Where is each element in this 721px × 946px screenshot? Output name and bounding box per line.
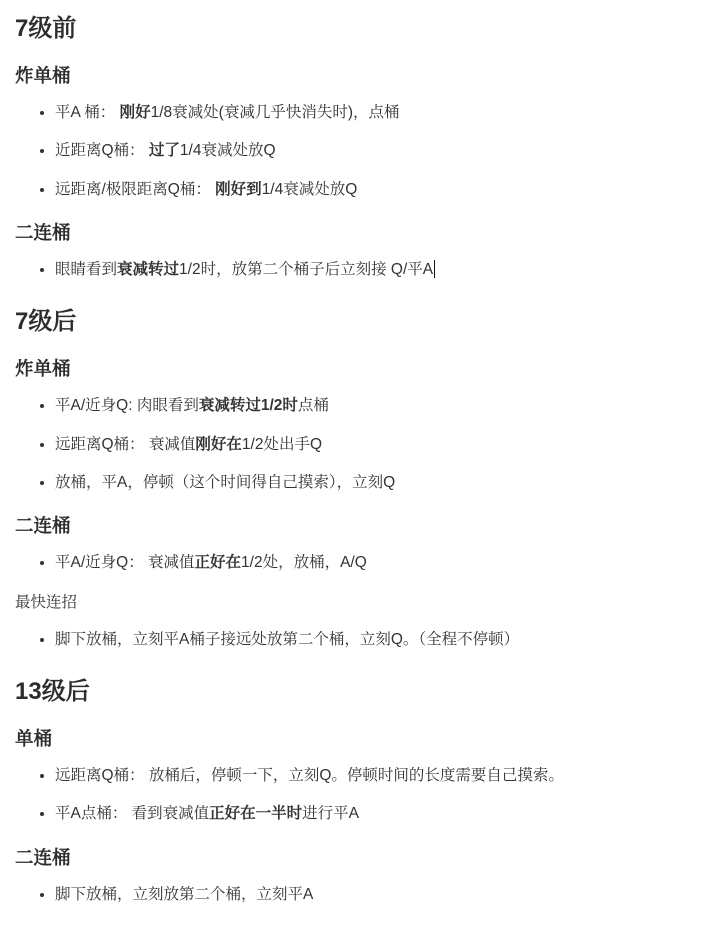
text-run: 1/2处，放桶，A/Q (241, 554, 367, 571)
section-heading: 7级后 (15, 307, 703, 337)
text-cursor (434, 260, 435, 278)
text-run: 远距离/极限距离Q桶： (55, 181, 215, 198)
list-item: 眼睛看到衰减转过1/2时，放第二个桶子后立刻接 Q/平A (55, 258, 703, 281)
bullet-list: 眼睛看到衰减转过1/2时，放第二个桶子后立刻接 Q/平A (15, 258, 703, 281)
list-item: 近距离Q桶： 过了1/4衰减处放Q (55, 139, 703, 162)
text-run: 近距离Q桶： (55, 142, 149, 159)
text-run: 眼睛看到 (55, 261, 117, 278)
subsection-heading: 炸单桶 (15, 64, 703, 87)
text-run: 1/2时，放第二个桶子后立刻接 Q/平A (179, 261, 433, 278)
list-item: 远距离/极限距离Q桶： 刚好到1/4衰减处放Q (55, 178, 703, 201)
list-item: 平A/近身Q: 肉眼看到衰减转过1/2时点桶 (55, 394, 703, 417)
list-item: 平A点桶： 看到衰减值正好在一半时进行平A (55, 802, 703, 825)
text-run: 平A 桶： (55, 104, 120, 121)
bullet-list: 平A/近身Q： 衰减值正好在1/2处，放桶，A/Q (15, 551, 703, 574)
text-run: 1/8衰减处(衰减几乎快消失时)，点桶 (151, 104, 400, 121)
subsection-heading: 二连桶 (15, 514, 703, 537)
bold-text: 刚好 (120, 104, 151, 121)
list-item: 脚下放桶，立刻平A桶子接远处放第二个桶，立刻Q。（全程不停顿） (55, 628, 703, 651)
document-body[interactable]: 7级前炸单桶平A 桶： 刚好1/8衰减处(衰减几乎快消失时)，点桶近距离Q桶： … (0, 0, 721, 946)
text-run: 脚下放桶，立刻放第二个桶，立刻平A (55, 886, 313, 903)
list-item: 远距离Q桶： 放桶后，停顿一下，立刻Q。停顿时间的长度需要自己摸索。 (55, 764, 703, 787)
bullet-list: 平A/近身Q: 肉眼看到衰减转过1/2时点桶远距离Q桶： 衰减值刚好在1/2处出… (15, 394, 703, 494)
list-item: 脚下放桶，立刻放第二个桶，立刻平A (55, 883, 703, 906)
bold-text: 正好在一半时 (209, 805, 302, 822)
bullet-list: 脚下放桶，立刻平A桶子接远处放第二个桶，立刻Q。（全程不停顿） (15, 628, 703, 651)
text-run: 1/4衰减处放Q (262, 181, 358, 198)
bold-text: 刚好到 (215, 181, 262, 198)
list-item: 平A 桶： 刚好1/8衰减处(衰减几乎快消失时)，点桶 (55, 101, 703, 124)
bullet-list: 脚下放桶，立刻放第二个桶，立刻平A (15, 883, 703, 906)
text-run: 点桶 (298, 397, 329, 414)
bold-text: 衰减转过1/2时 (199, 397, 298, 414)
text-run: 平A/近身Q: 肉眼看到 (55, 397, 199, 414)
text-run: 脚下放桶，立刻平A桶子接远处放第二个桶，立刻Q。（全程不停顿） (55, 631, 519, 648)
text-run: 平A/近身Q： 衰减值 (55, 554, 195, 571)
list-item: 平A/近身Q： 衰减值正好在1/2处，放桶，A/Q (55, 551, 703, 574)
text-run: 平A点桶： 看到衰减值 (55, 805, 209, 822)
bullet-list: 平A 桶： 刚好1/8衰减处(衰减几乎快消失时)，点桶近距离Q桶： 过了1/4衰… (15, 101, 703, 201)
text-run: 1/2处出手Q (242, 436, 322, 453)
list-item: 放桶，平A，停顿（这个时间得自己摸索），立刻Q (55, 471, 703, 494)
text-run: 1/4衰减处放Q (180, 142, 276, 159)
subsection-heading: 单桶 (15, 727, 703, 750)
section-heading: 13级后 (15, 677, 703, 707)
bullet-list: 远距离Q桶： 放桶后，停顿一下，立刻Q。停顿时间的长度需要自己摸索。平A点桶： … (15, 764, 703, 826)
text-run: 远距离Q桶： 衰减值 (55, 436, 195, 453)
bold-text: 正好在 (195, 554, 242, 571)
subsection-heading: 二连桶 (15, 221, 703, 244)
text-run: 进行平A (302, 805, 359, 822)
bold-text: 衰减转过 (117, 261, 179, 278)
paragraph: 最快连招 (15, 591, 703, 614)
text-run: 远距离Q桶： 放桶后，停顿一下，立刻Q。停顿时间的长度需要自己摸索。 (55, 767, 564, 784)
section-heading: 7级前 (15, 14, 703, 44)
subsection-heading: 炸单桶 (15, 357, 703, 380)
text-run: 放桶，平A，停顿（这个时间得自己摸索），立刻Q (55, 474, 395, 491)
subsection-heading: 二连桶 (15, 846, 703, 869)
list-item: 远距离Q桶： 衰减值刚好在1/2处出手Q (55, 433, 703, 456)
bold-text: 过了 (149, 142, 180, 159)
bold-text: 刚好在 (195, 436, 242, 453)
